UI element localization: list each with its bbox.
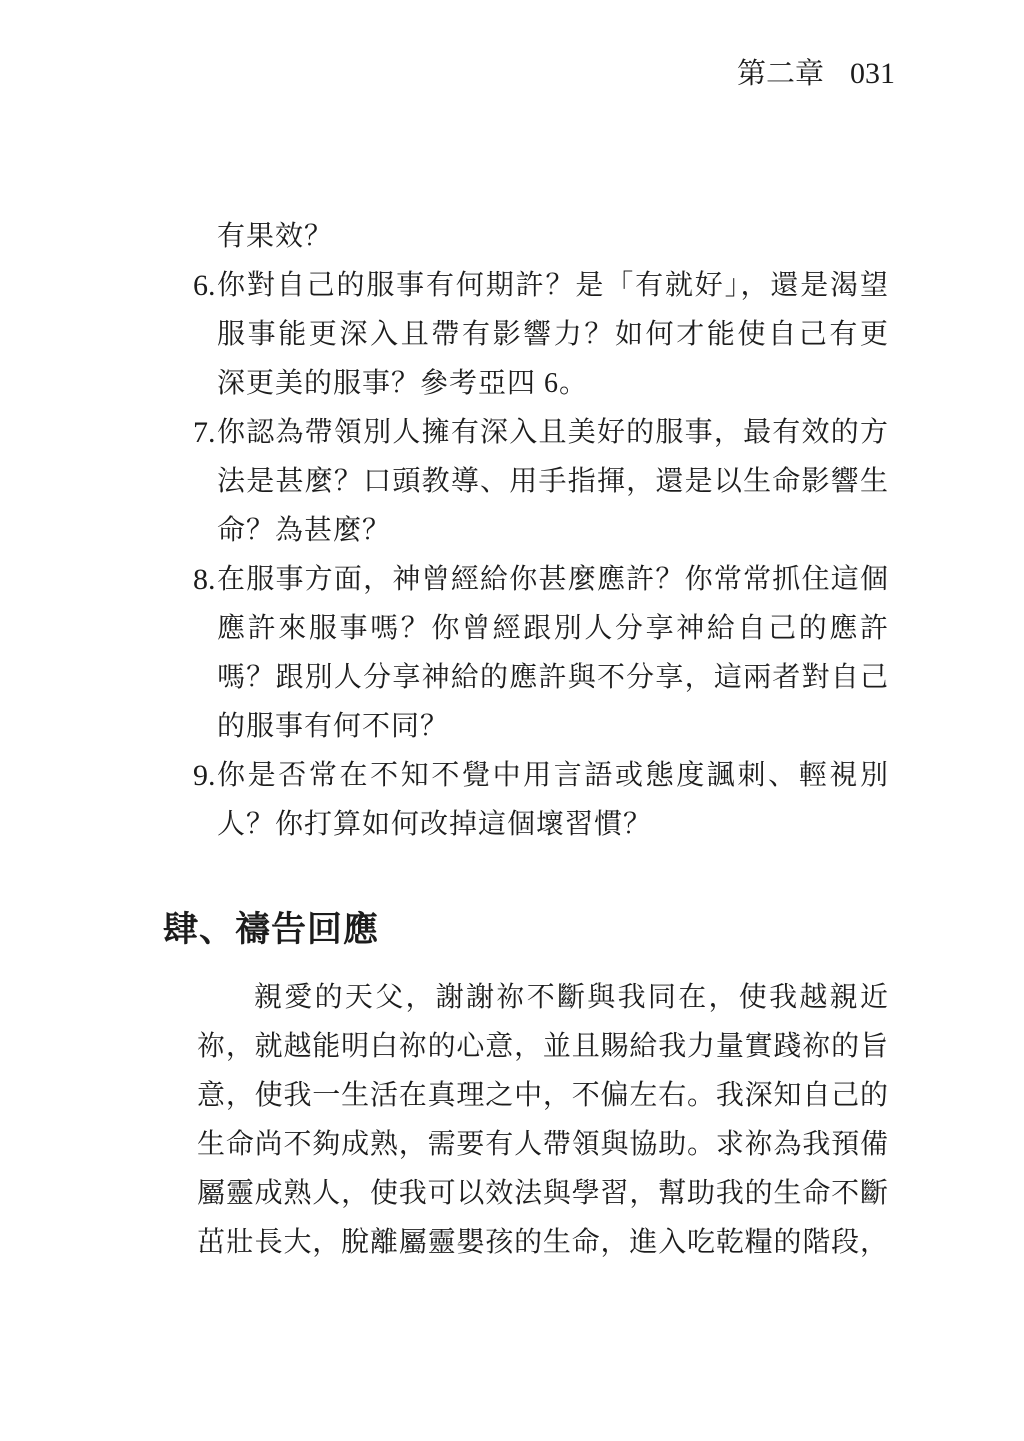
prayer-line: 生命尚不夠成熟，需要有人帶領與協助。求祢為我預備: [197, 1120, 888, 1169]
text-line: 有果效？: [217, 212, 888, 261]
section-heading: 肆、禱告回應: [163, 905, 379, 954]
text-line: 法是甚麼？口頭教導、用手指揮，還是以生命影響生: [217, 457, 888, 506]
question-number: 6.: [193, 261, 216, 310]
text-line: 命？為甚麼？: [217, 506, 888, 555]
question-number: 9.: [193, 751, 216, 800]
text-line: 人？你打算如何改掉這個壞習慣？: [217, 800, 888, 849]
prayer-line: 祢，就越能明白祢的心意，並且賜給我力量實踐祢的旨: [197, 1022, 888, 1071]
question-item-6: 6. 你對自己的服事有何期許？是「有就好」，還是渴望 服事能更深入且帶有影響力？…: [193, 261, 888, 408]
text-line: 在服事方面，神曾經給你甚麼應許？你常常抓住這個: [217, 555, 888, 604]
text-line: 你認為帶領別人擁有深入且美好的服事，最有效的方: [217, 408, 888, 457]
text-line: 的服事有何不同？: [217, 702, 888, 751]
prayer-line: 親愛的天父，謝謝祢不斷與我同在，使我越親近: [197, 973, 888, 1022]
page-header: 第二章031: [737, 57, 895, 91]
text-line: 深更美的服事？參考亞四 6。: [217, 359, 888, 408]
prayer-line: 茁壯長大，脫離屬靈嬰孩的生命，進入吃乾糧的階段，: [197, 1218, 888, 1267]
question-number: 8.: [193, 555, 216, 604]
text-line: 你是否常在不知不覺中用言語或態度諷刺、輕視別: [217, 751, 888, 800]
text-line: 應許來服事嗎？你曾經跟別人分享神給自己的應許: [217, 604, 888, 653]
text-line: 服事能更深入且帶有影響力？如何才能使自己有更: [217, 310, 888, 359]
book-page: 第二章031 有果效？ 6. 你對自己的服事有何期許？是「有就好」，還是渴望 服…: [0, 0, 1024, 1441]
question-number: 7.: [193, 408, 216, 457]
prayer-line: 意，使我一生活在真理之中，不偏左右。我深知自己的: [197, 1071, 888, 1120]
chapter-title: 第二章: [737, 58, 824, 90]
page-number: 031: [850, 57, 895, 90]
question-list: 有果效？ 6. 你對自己的服事有何期許？是「有就好」，還是渴望 服事能更深入且帶…: [193, 212, 888, 849]
prayer-paragraph: 親愛的天父，謝謝祢不斷與我同在，使我越親近 祢，就越能明白祢的心意，並且賜給我力…: [197, 973, 888, 1267]
question-item-8: 8. 在服事方面，神曾經給你甚麼應許？你常常抓住這個 應許來服事嗎？你曾經跟別人…: [193, 555, 888, 751]
prayer-line: 屬靈成熟人，使我可以效法與學習，幫助我的生命不斷: [197, 1169, 888, 1218]
text-line: 嗎？跟別人分享神給的應許與不分享，這兩者對自己: [217, 653, 888, 702]
question-item-7: 7. 你認為帶領別人擁有深入且美好的服事，最有效的方 法是甚麼？口頭教導、用手指…: [193, 408, 888, 555]
question-item-9: 9. 你是否常在不知不覺中用言語或態度諷刺、輕視別 人？你打算如何改掉這個壞習慣…: [193, 751, 888, 849]
question-item-carryover: 有果效？: [193, 212, 888, 261]
text-line: 你對自己的服事有何期許？是「有就好」，還是渴望: [217, 261, 888, 310]
